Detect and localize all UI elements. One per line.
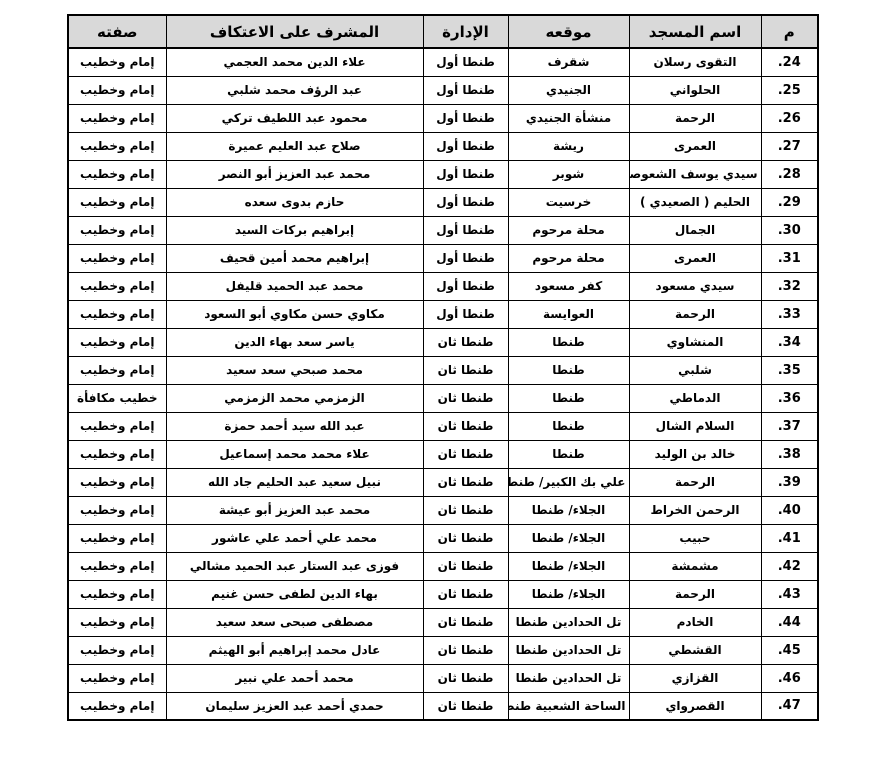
cell-row-number: 46. <box>761 664 818 692</box>
table-row: 41. حبيب الجلاء/ طنطا طنطا ثان محمد علي … <box>68 524 818 552</box>
cell-capacity: إمام وخطيب <box>68 636 166 664</box>
cell-capacity: إمام وخطيب <box>68 328 166 356</box>
cell-location: طنطا <box>508 384 629 412</box>
cell-row-number: 40. <box>761 496 818 524</box>
cell-location: الجلاء/ طنطا <box>508 496 629 524</box>
cell-row-number: 42. <box>761 552 818 580</box>
cell-supervisor: محمد عبد الحميد قليفل <box>166 272 423 300</box>
cell-row-number: 28. <box>761 160 818 188</box>
cell-row-number: 30. <box>761 216 818 244</box>
table-row: 44. الخادم تل الحدادين طنطا طنطا ثان مصط… <box>68 608 818 636</box>
cell-mosque-name: الرحمة <box>629 468 761 496</box>
cell-capacity: إمام وخطيب <box>68 440 166 468</box>
cell-capacity: إمام وخطيب <box>68 188 166 216</box>
cell-administration: طنطا أول <box>423 76 508 104</box>
cell-row-number: 39. <box>761 468 818 496</box>
cell-supervisor: عبد الرؤف محمد شلبي <box>166 76 423 104</box>
cell-supervisor: علاء محمد محمد إسماعيل <box>166 440 423 468</box>
table-row: 43. الرحمة الجلاء/ طنطا طنطا ثان بهاء ال… <box>68 580 818 608</box>
cell-supervisor: صلاح عبد العليم عميرة <box>166 132 423 160</box>
cell-location: تل الحدادين طنطا <box>508 664 629 692</box>
cell-administration: طنطا أول <box>423 300 508 328</box>
column-header-itikaf-supervisor: المشرف على الاعتكاف <box>166 15 423 48</box>
cell-capacity: إمام وخطيب <box>68 300 166 328</box>
cell-supervisor: مكاوي حسن مكاوي أبو السعود <box>166 300 423 328</box>
cell-supervisor: إبراهيم بركات السيد <box>166 216 423 244</box>
cell-mosque-name: الرحمة <box>629 300 761 328</box>
table-row: 30. الجمال محلة مرحوم طنطا أول إبراهيم ب… <box>68 216 818 244</box>
cell-mosque-name: التقوى رسلان <box>629 48 761 76</box>
column-header-mosque-name: اسم المسجد <box>629 15 761 48</box>
cell-location: تل الحدادين طنطا <box>508 608 629 636</box>
cell-capacity: إمام وخطيب <box>68 580 166 608</box>
mosques-itikaf-table: م اسم المسجد موقعه الإدارة المشرف على ال… <box>67 14 819 721</box>
cell-administration: طنطا أول <box>423 132 508 160</box>
cell-supervisor: محمد عبد العزيز أبو النصر <box>166 160 423 188</box>
cell-administration: طنطا ثان <box>423 692 508 720</box>
table-row: 45. القشطي تل الحدادين طنطا طنطا ثان عاد… <box>68 636 818 664</box>
cell-administration: طنطا ثان <box>423 580 508 608</box>
cell-row-number: 34. <box>761 328 818 356</box>
cell-location: تل الحدادين طنطا <box>508 636 629 664</box>
cell-row-number: 35. <box>761 356 818 384</box>
cell-mosque-name: خالد بن الوليد <box>629 440 761 468</box>
table-row: 42. مشمشة الجلاء/ طنطا طنطا ثان فوزى عبد… <box>68 552 818 580</box>
cell-mosque-name: السلام الشال <box>629 412 761 440</box>
cell-supervisor: حمدي أحمد عبد العزيز سليمان <box>166 692 423 720</box>
cell-capacity: إمام وخطيب <box>68 412 166 440</box>
cell-capacity: إمام وخطيب <box>68 524 166 552</box>
cell-location: منشأة الجنيدي <box>508 104 629 132</box>
cell-row-number: 44. <box>761 608 818 636</box>
cell-location: علي بك الكبير/ طنطا <box>508 468 629 496</box>
table-row: 36. الدماطي طنطا طنطا ثان الزمزمي محمد ا… <box>68 384 818 412</box>
cell-capacity: إمام وخطيب <box>68 356 166 384</box>
cell-row-number: 41. <box>761 524 818 552</box>
cell-mosque-name: العمرى <box>629 132 761 160</box>
cell-supervisor: عادل محمد إبراهيم أبو الهيثم <box>166 636 423 664</box>
cell-mosque-name: القشطي <box>629 636 761 664</box>
table-row: 26. الرحمة منشأة الجنيدي طنطا أول محمود … <box>68 104 818 132</box>
cell-location: الجنيدي <box>508 76 629 104</box>
cell-mosque-name: الحلواني <box>629 76 761 104</box>
cell-supervisor: محمد صبحي سعد سعيد <box>166 356 423 384</box>
table-row: 31. العمرى محلة مرحوم طنطا أول إبراهيم م… <box>68 244 818 272</box>
table-row: 28. سيدي يوسف الشعوصي شوبر طنطا أول محمد… <box>68 160 818 188</box>
cell-row-number: 29. <box>761 188 818 216</box>
cell-supervisor: علاء الدين محمد العجمي <box>166 48 423 76</box>
cell-administration: طنطا ثان <box>423 608 508 636</box>
cell-capacity: إمام وخطيب <box>68 48 166 76</box>
cell-administration: طنطا ثان <box>423 524 508 552</box>
table-row: 35. شلبي طنطا طنطا ثان محمد صبحي سعد سعي… <box>68 356 818 384</box>
cell-mosque-name: القزازي <box>629 664 761 692</box>
cell-mosque-name: المنشاوي <box>629 328 761 356</box>
cell-administration: طنطا ثان <box>423 384 508 412</box>
cell-mosque-name: الرحمة <box>629 580 761 608</box>
table-row: 27. العمرى ريشة طنطا أول صلاح عبد العليم… <box>68 132 818 160</box>
cell-row-number: 38. <box>761 440 818 468</box>
cell-capacity: إمام وخطيب <box>68 692 166 720</box>
cell-capacity: إمام وخطيب <box>68 216 166 244</box>
cell-capacity: خطيب مكافأة <box>68 384 166 412</box>
cell-location: الجلاء/ طنطا <box>508 524 629 552</box>
cell-row-number: 43. <box>761 580 818 608</box>
table-row: 34. المنشاوي طنطا طنطا ثان ياسر سعد بهاء… <box>68 328 818 356</box>
cell-capacity: إمام وخطيب <box>68 496 166 524</box>
cell-location: خرسيت <box>508 188 629 216</box>
table-row: 38. خالد بن الوليد طنطا طنطا ثان علاء مح… <box>68 440 818 468</box>
cell-row-number: 32. <box>761 272 818 300</box>
cell-capacity: إمام وخطيب <box>68 468 166 496</box>
table-row: 37. السلام الشال طنطا طنطا ثان عبد الله … <box>68 412 818 440</box>
column-header-location: موقعه <box>508 15 629 48</box>
cell-administration: طنطا ثان <box>423 468 508 496</box>
cell-administration: طنطا ثان <box>423 664 508 692</box>
cell-administration: طنطا ثان <box>423 496 508 524</box>
table-row: 25. الحلواني الجنيدي طنطا أول عبد الرؤف … <box>68 76 818 104</box>
table-row: 46. القزازي تل الحدادين طنطا طنطا ثان مح… <box>68 664 818 692</box>
cell-row-number: 26. <box>761 104 818 132</box>
cell-administration: طنطا ثان <box>423 636 508 664</box>
table-row: 24. التقوى رسلان شقرف طنطا أول علاء الدي… <box>68 48 818 76</box>
table-row: 33. الرحمة العوايسة طنطا أول مكاوي حسن م… <box>68 300 818 328</box>
cell-supervisor: محمد أحمد علي نبير <box>166 664 423 692</box>
cell-administration: طنطا أول <box>423 244 508 272</box>
cell-mosque-name: الرحمن الخراط <box>629 496 761 524</box>
cell-supervisor: إبراهيم محمد أمين قحيف <box>166 244 423 272</box>
cell-location: طنطا <box>508 440 629 468</box>
table-row: 40. الرحمن الخراط الجلاء/ طنطا طنطا ثان … <box>68 496 818 524</box>
cell-capacity: إمام وخطيب <box>68 552 166 580</box>
cell-capacity: إمام وخطيب <box>68 272 166 300</box>
cell-supervisor: مصطفى صبحى سعد سعيد <box>166 608 423 636</box>
cell-mosque-name: العمرى <box>629 244 761 272</box>
cell-location: شقرف <box>508 48 629 76</box>
cell-supervisor: نبيل سعيد عبد الحليم جاد الله <box>166 468 423 496</box>
cell-row-number: 36. <box>761 384 818 412</box>
cell-mosque-name: الدماطي <box>629 384 761 412</box>
cell-administration: طنطا أول <box>423 48 508 76</box>
cell-row-number: 31. <box>761 244 818 272</box>
column-header-administration: الإدارة <box>423 15 508 48</box>
table-row: 32. سيدي مسعود كفر مسعود طنطا أول محمد ع… <box>68 272 818 300</box>
cell-mosque-name: الرحمة <box>629 104 761 132</box>
cell-mosque-name: حبيب <box>629 524 761 552</box>
cell-supervisor: الزمزمي محمد الزمزمي <box>166 384 423 412</box>
cell-supervisor: بهاء الدين لطفى حسن غنيم <box>166 580 423 608</box>
cell-supervisor: حازم بدوى سعده <box>166 188 423 216</box>
cell-administration: طنطا أول <box>423 160 508 188</box>
cell-administration: طنطا أول <box>423 272 508 300</box>
cell-supervisor: ياسر سعد بهاء الدين <box>166 328 423 356</box>
cell-supervisor: محمد عبد العزيز أبو عيشة <box>166 496 423 524</box>
cell-supervisor: عبد الله سيد أحمد حمزة <box>166 412 423 440</box>
cell-mosque-name: شلبي <box>629 356 761 384</box>
cell-row-number: 37. <box>761 412 818 440</box>
cell-capacity: إمام وخطيب <box>68 608 166 636</box>
cell-mosque-name: سيدي مسعود <box>629 272 761 300</box>
mosques-table-wrapper: م اسم المسجد موقعه الإدارة المشرف على ال… <box>67 14 817 721</box>
table-row: 29. الحليم ( الصعيدي ) خرسيت طنطا أول حا… <box>68 188 818 216</box>
cell-row-number: 25. <box>761 76 818 104</box>
cell-administration: طنطا أول <box>423 188 508 216</box>
cell-mosque-name: القصرواي <box>629 692 761 720</box>
cell-mosque-name: سيدي يوسف الشعوصي <box>629 160 761 188</box>
cell-location: طنطا <box>508 412 629 440</box>
cell-row-number: 47. <box>761 692 818 720</box>
cell-administration: طنطا أول <box>423 216 508 244</box>
cell-mosque-name: الحليم ( الصعيدي ) <box>629 188 761 216</box>
cell-location: محلة مرحوم <box>508 216 629 244</box>
cell-supervisor: محمد علي أحمد علي عاشور <box>166 524 423 552</box>
cell-capacity: إمام وخطيب <box>68 664 166 692</box>
document-page: { "colors": { "header_bg": "#d9d9d9", "b… <box>0 0 891 759</box>
cell-location: طنطا <box>508 328 629 356</box>
cell-administration: طنطا ثان <box>423 356 508 384</box>
cell-row-number: 24. <box>761 48 818 76</box>
cell-capacity: إمام وخطيب <box>68 104 166 132</box>
cell-supervisor: محمود عبد اللطيف تركي <box>166 104 423 132</box>
cell-location: العوايسة <box>508 300 629 328</box>
cell-mosque-name: الجمال <box>629 216 761 244</box>
cell-mosque-name: الخادم <box>629 608 761 636</box>
cell-location: شوبر <box>508 160 629 188</box>
table-row: 47. القصرواي الساحة الشعبية طنطا طنطا ثا… <box>68 692 818 720</box>
cell-location: كفر مسعود <box>508 272 629 300</box>
column-header-capacity: صفته <box>68 15 166 48</box>
cell-administration: طنطا ثان <box>423 440 508 468</box>
cell-row-number: 45. <box>761 636 818 664</box>
cell-location: الساحة الشعبية طنطا <box>508 692 629 720</box>
cell-administration: طنطا ثان <box>423 412 508 440</box>
cell-capacity: إمام وخطيب <box>68 132 166 160</box>
table-row: 39. الرحمة علي بك الكبير/ طنطا طنطا ثان … <box>68 468 818 496</box>
cell-administration: طنطا أول <box>423 104 508 132</box>
header-row: م اسم المسجد موقعه الإدارة المشرف على ال… <box>68 15 818 48</box>
cell-location: ريشة <box>508 132 629 160</box>
cell-capacity: إمام وخطيب <box>68 160 166 188</box>
cell-mosque-name: مشمشة <box>629 552 761 580</box>
cell-administration: طنطا ثان <box>423 328 508 356</box>
cell-row-number: 27. <box>761 132 818 160</box>
cell-location: الجلاء/ طنطا <box>508 580 629 608</box>
cell-location: محلة مرحوم <box>508 244 629 272</box>
cell-capacity: إمام وخطيب <box>68 244 166 272</box>
cell-row-number: 33. <box>761 300 818 328</box>
column-header-number: م <box>761 15 818 48</box>
cell-location: الجلاء/ طنطا <box>508 552 629 580</box>
cell-location: طنطا <box>508 356 629 384</box>
cell-capacity: إمام وخطيب <box>68 76 166 104</box>
cell-administration: طنطا ثان <box>423 552 508 580</box>
cell-supervisor: فوزى عبد الستار عبد الحميد مشالي <box>166 552 423 580</box>
table-body: 24. التقوى رسلان شقرف طنطا أول علاء الدي… <box>68 48 818 720</box>
